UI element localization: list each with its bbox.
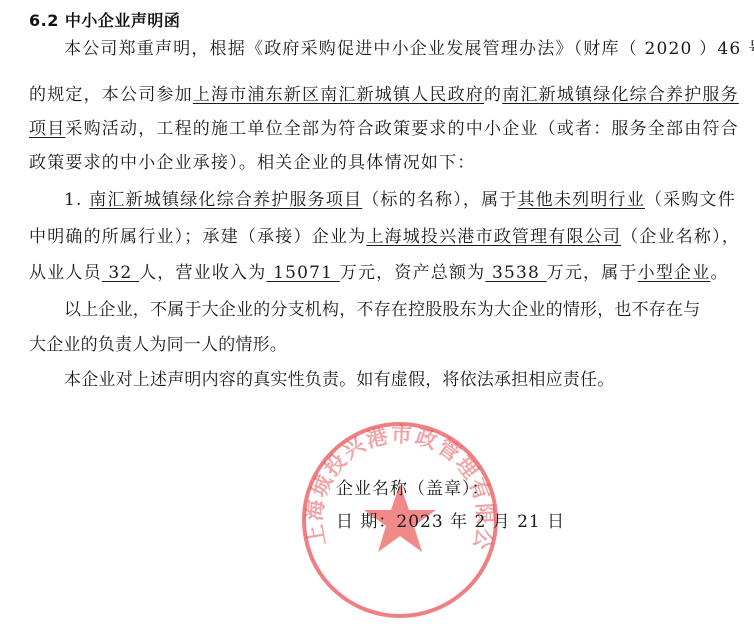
para1-line2-mid: 的 <box>484 85 502 105</box>
item1-line2: 中明确的所属行业）；承建（承接）企业为上海城投兴港市政管理有限公司（企业名称）， <box>29 226 740 248</box>
item1-line3: 从业人员 32 人，营业收入为 15071 万元，资产总额为 3538 万元，属… <box>29 262 729 284</box>
type-label: 万元，属于 <box>547 263 638 283</box>
item1-after-industry: （采购文件 <box>645 190 736 210</box>
item1-after-project: （标的名称），属于 <box>362 190 517 210</box>
section-title: 6.2 中小企业声明函 <box>29 8 180 31</box>
para1-line2: 的规定，本公司参加上海市浦东新区南汇新城镇人民政府的南汇新城镇绿化综合养护服务 <box>29 84 739 106</box>
date-line: 日 期：2023 年 2 月 21 日 <box>336 511 565 533</box>
para3: 本企业对上述声明内容的真实性负责。如有虚假，将依法承担相应责任。 <box>64 369 614 391</box>
company-name-label: 企业名称（盖章）： <box>336 478 490 500</box>
line3-end: 。 <box>710 263 728 283</box>
para1-line1: 本公司郑重声明，根据《政府采购促进中小企业发展管理办法》（财库（ 2020 ）4… <box>64 38 754 60</box>
item1-project-name: 南汇新城镇绿化综合养护服务项目 <box>89 190 362 210</box>
item1-line1: 1. 南汇新城镇绿化综合养护服务项目（标的名称），属于其他未列明行业（采购文件 <box>64 189 736 211</box>
para1-line4: 政策要求的中小企业承接）。相关企业的具体情况如下： <box>29 152 476 174</box>
project-name-part2: 项目 <box>29 119 65 139</box>
item1-enterprise-name: 上海城投兴港市政管理有限公司 <box>366 227 621 247</box>
date-value: 2023 年 2 月 21 日 <box>396 512 565 532</box>
item1-number: 1. <box>64 190 83 210</box>
staff-count: 32 <box>102 263 139 283</box>
para2-line1: 以上企业，不属于大企业的分支机构，不存在控股股东为大企业的情形，也不存在与 <box>64 299 700 321</box>
para1-line3: 项目采购活动，工程的施工单位全部为符合政策要求的中小企业（或者：服务全部由符合 <box>29 118 739 140</box>
assets-label: 万元，资产总额为 <box>340 263 486 283</box>
project-name-part1: 南汇新城镇绿化综合养护服务 <box>502 85 739 105</box>
para2-line2: 大企业的负责人为同一人的情形。 <box>29 334 287 356</box>
enterprise-type: 小型企业 <box>638 263 711 283</box>
purchaser-name: 上海市浦东新区南汇新城镇人民政府 <box>193 85 484 105</box>
assets-value: 3538 <box>485 263 546 283</box>
para1-line2-prefix: 的规定，本公司参加 <box>29 85 193 105</box>
staff-label: 从业人员 <box>29 263 102 283</box>
declaration-page: 6.2 中小企业声明函 本公司郑重声明，根据《政府采购促进中小企业发展管理办法》… <box>0 0 754 633</box>
item1-line2-prefix: 中明确的所属行业）；承建（承接）企业为 <box>29 227 366 247</box>
revenue-label: 人，营业收入为 <box>139 263 266 283</box>
revenue-value: 15071 <box>266 263 339 283</box>
date-label: 日 期： <box>336 512 396 532</box>
para1-line3-rest: 采购活动，工程的施工单位全部为符合政策要求的中小企业（或者：服务全部由符合 <box>65 119 738 139</box>
item1-industry: 其他未列明行业 <box>518 190 645 210</box>
item1-line2-suffix: （企业名称）， <box>621 227 740 247</box>
